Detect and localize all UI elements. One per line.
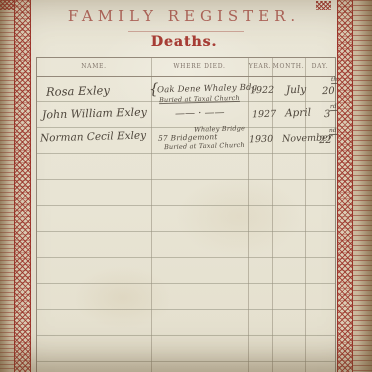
row3-day: 22 [319,135,332,146]
row2-year: 1927 [252,109,276,121]
row2-where-died-ditto: —— · —— [175,107,225,119]
section-title-deaths: Deaths. [31,34,337,50]
deaths-table: NAME. WHERE DIED. YEAR. MONTH. DAY. [36,57,336,372]
book-page-edges-right [353,0,372,372]
title-divider-rule [128,31,244,32]
row2-day-suffix: rd [330,104,337,111]
table-header-row: NAME. WHERE DIED. YEAR. MONTH. DAY. [37,58,335,77]
book-page-edges-left [0,0,14,372]
ornament-corner-fragment-left [0,0,14,10]
column-header-where-died: WHERE DIED. [151,63,248,70]
page-title: FAMILY REGISTER. [31,7,337,25]
register-page-photo: FAMILY REGISTER. Deaths. NAME. WHERE DIE… [0,0,372,372]
ornamental-border-right [337,0,353,372]
column-header-name: NAME. [37,63,151,70]
row2-month: April [285,107,311,120]
row3-day-suffix: nd [329,128,337,135]
column-header-day: DAY. [305,63,335,70]
ruled-lines [37,76,335,372]
ornamental-border-left [14,0,31,372]
row1-name: Rosa Exley [46,83,110,99]
row3-year: 1930 [249,134,273,146]
column-header-year: YEAR. [248,63,272,70]
row1-day-suffix: th [331,77,337,84]
column-header-month: MONTH. [272,63,305,70]
row1-month: July [286,84,307,97]
row1-year: 1922 [250,85,274,97]
row1-day: 20 [322,86,335,97]
